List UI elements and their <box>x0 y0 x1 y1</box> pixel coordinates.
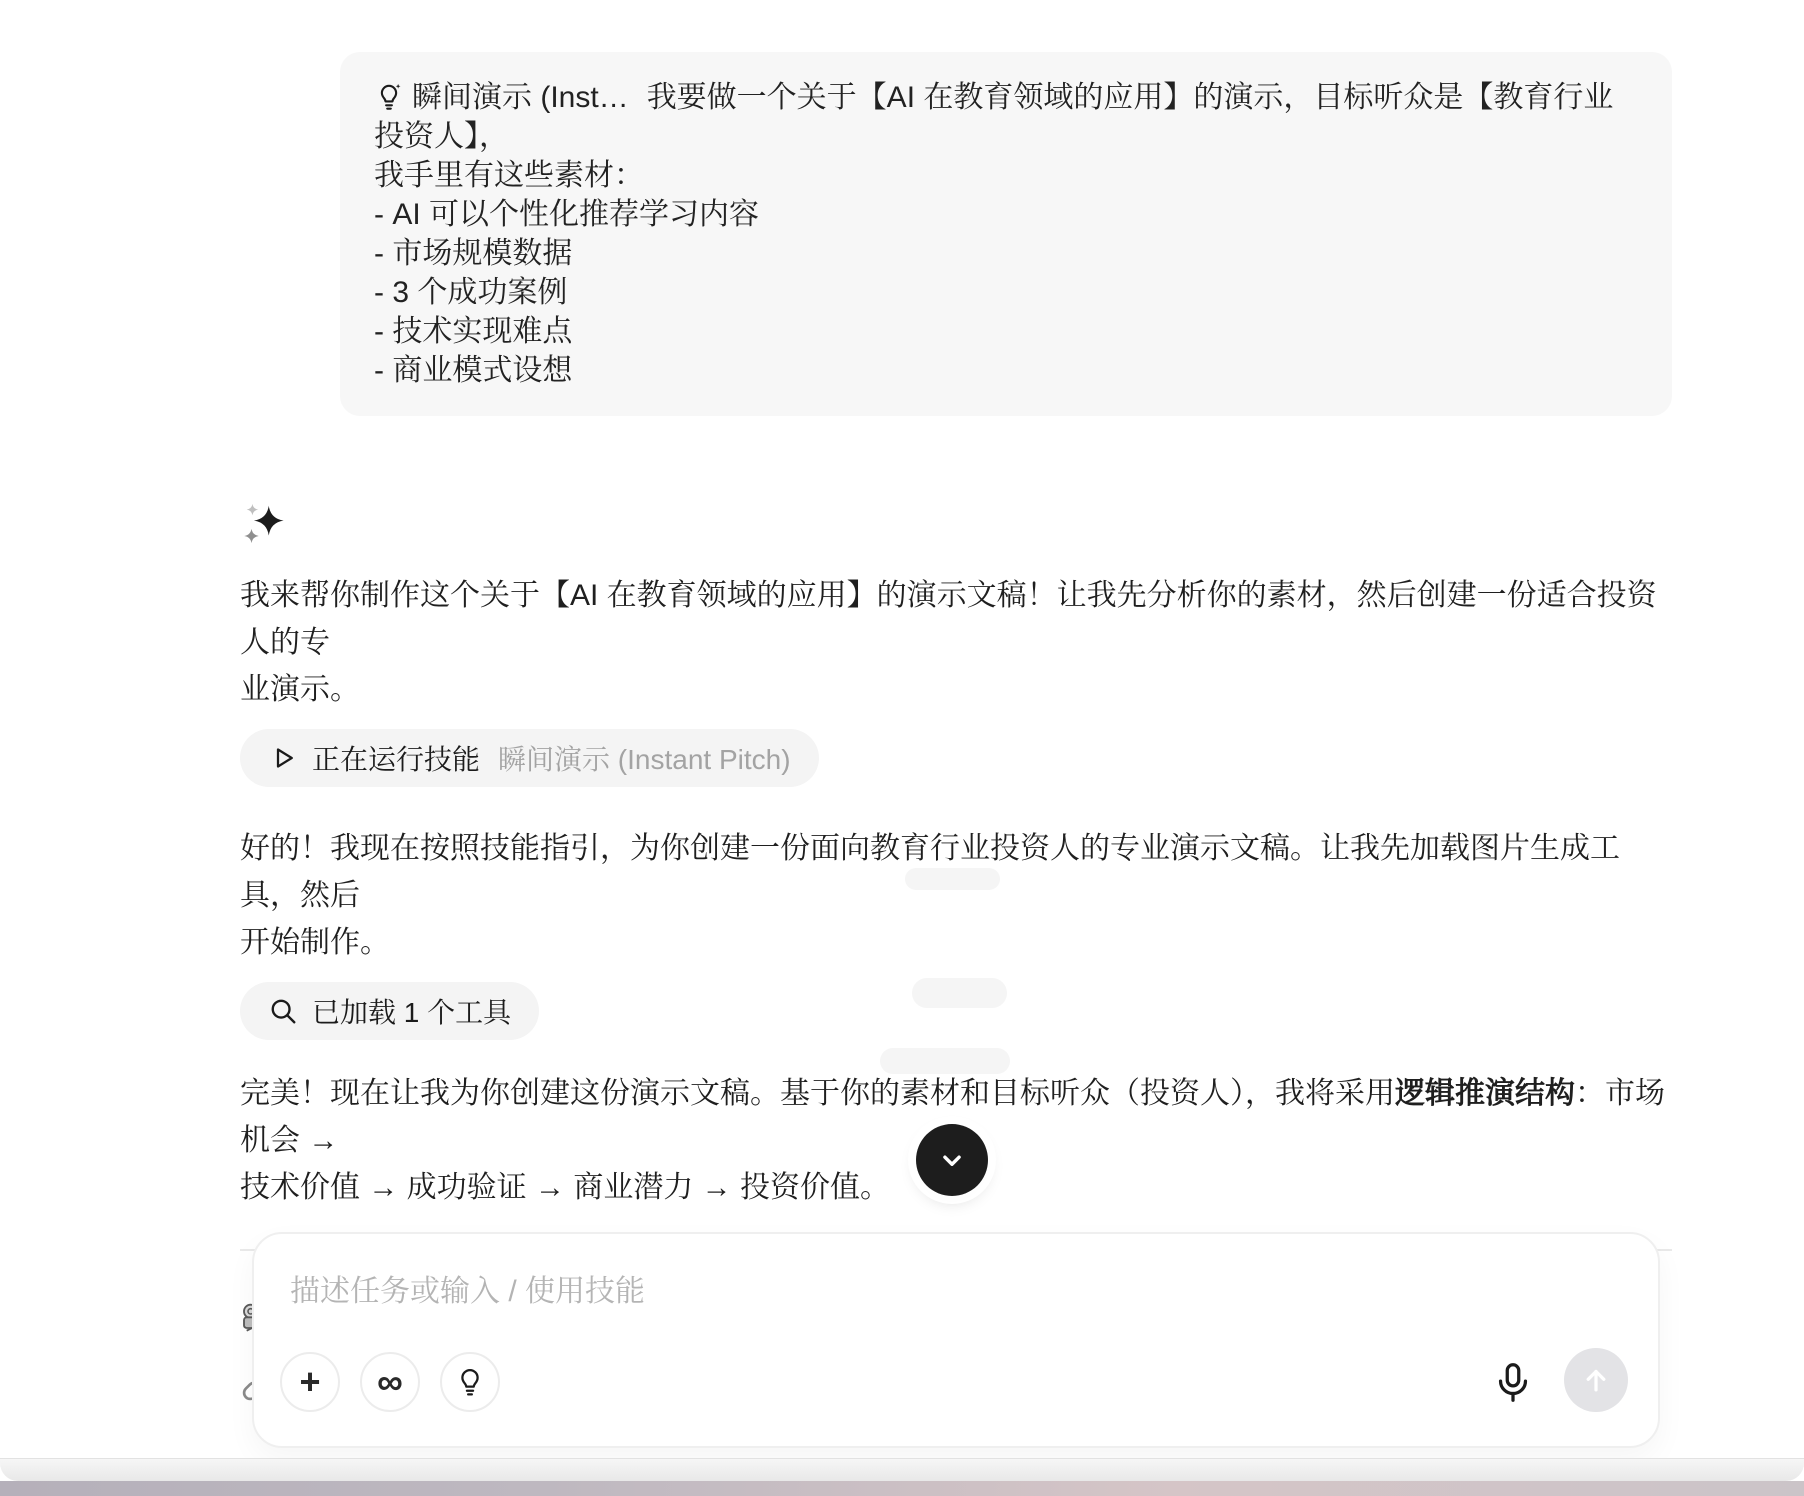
running-skill-status: 正在运行技能 <box>312 738 480 778</box>
lightbulb-sparkle-icon <box>374 82 404 112</box>
chat-page: 瞬间演示 (Inst…我要做一个关于【AI 在教育领域的应用】的演示，目标听众是… <box>0 0 1804 1496</box>
plus-icon: + <box>299 1364 320 1400</box>
running-skill-name: 瞬间演示 (Instant Pitch) <box>498 738 791 778</box>
tool-loaded-label: 已加载 1 个工具 <box>312 991 511 1031</box>
skills-button[interactable] <box>440 1352 500 1412</box>
scroll-to-bottom-button[interactable] <box>916 1124 988 1196</box>
assistant-paragraph-2: 好的！我现在按照技能指引，为你创建一份面向教育行业投资人的专业演示文稿。让我先加… <box>240 825 1672 966</box>
skill-tag-label[interactable]: 瞬间演示 (Inst… <box>412 81 629 114</box>
chevron-down-icon <box>935 1143 969 1177</box>
add-attachment-button[interactable]: + <box>280 1352 340 1412</box>
user-message-list: 我手里有这些素材： - AI 可以个性化推荐学习内容 - 市场规模数据 - 3 … <box>374 156 1638 390</box>
lightbulb-icon <box>454 1366 486 1398</box>
assistant-paragraph-1: 我来帮你制作这个关于【AI 在教育领域的应用】的演示文稿！让我先分析你的素材，然… <box>240 572 1672 713</box>
tool-loaded-chip[interactable]: 已加载 1 个工具 <box>240 982 539 1040</box>
infinity-icon: ∞ <box>377 1364 403 1400</box>
chat-column: 瞬间演示 (Inst…我要做一个关于【AI 在教育领域的应用】的演示，目标听众是… <box>240 0 1672 1409</box>
microphone-icon <box>1490 1360 1536 1406</box>
microphone-button[interactable] <box>1490 1360 1536 1406</box>
bold-structure-term: 逻辑推演结构 <box>1395 1077 1575 1110</box>
desktop-edge-bar <box>0 1481 1804 1496</box>
search-icon <box>268 996 298 1026</box>
infinity-mode-button[interactable]: ∞ <box>360 1352 420 1412</box>
arrow-up-icon <box>1579 1363 1613 1397</box>
sparkle-icon <box>240 500 286 546</box>
user-message-bubble: 瞬间演示 (Inst…我要做一个关于【AI 在教育领域的应用】的演示，目标听众是… <box>340 52 1672 416</box>
play-icon <box>268 743 298 773</box>
running-skill-chip[interactable]: 正在运行技能 瞬间演示 (Instant Pitch) <box>240 729 819 787</box>
window-bottom-edge <box>0 1458 1804 1481</box>
composer-left-buttons: + ∞ <box>280 1352 500 1412</box>
composer-input[interactable]: 描述任务或输入 / 使用技能 <box>290 1266 645 1310</box>
composer[interactable]: 描述任务或输入 / 使用技能 + ∞ <box>252 1232 1660 1448</box>
send-button[interactable] <box>1564 1348 1628 1412</box>
